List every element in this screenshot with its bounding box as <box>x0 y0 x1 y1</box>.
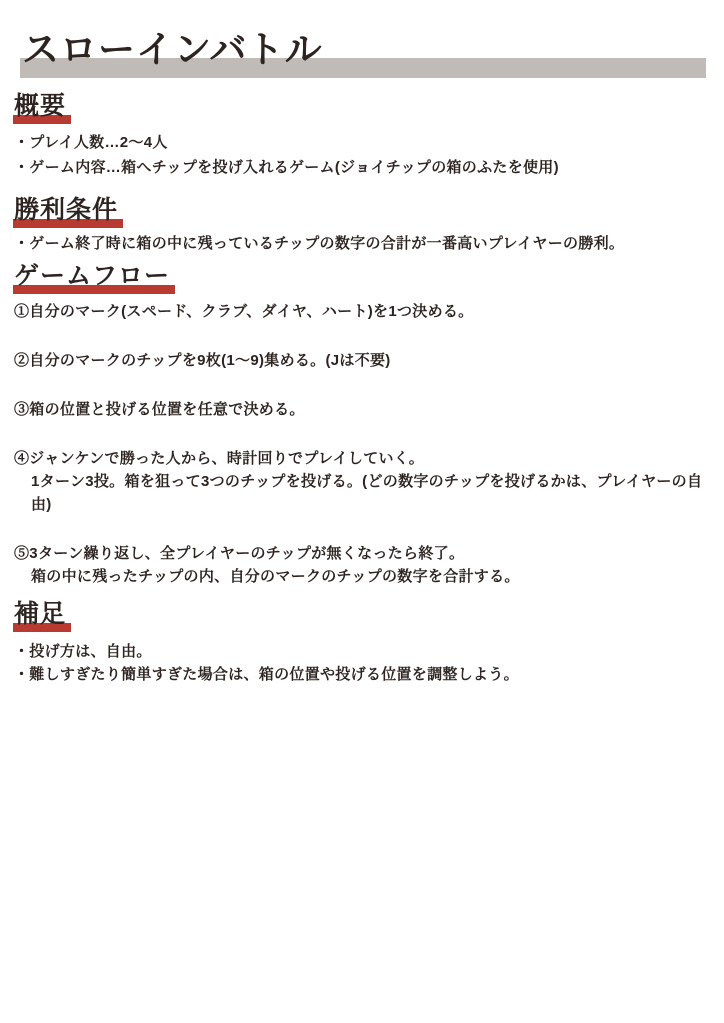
step-4-line-2: 1ターン3投。箱を狙って3つのチップを投げる。(どの数字のチップを投げるかは、プ… <box>14 470 704 516</box>
step-5-line-1: ⑤3ターン繰り返し、全プレイヤーのチップが無くなったら終了。 <box>14 542 704 565</box>
notes-heading: 補足 <box>14 600 66 628</box>
victory-bullet: ・ゲーム終了時に箱の中に残っているチップの数字の合計が一番高いプレイヤーの勝利。 <box>14 231 704 256</box>
game-flow-step-4: ④ジャンケンで勝った人から、時計回りでプレイしていく。 1ターン3投。箱を狙って… <box>14 447 704 516</box>
game-flow-step-5: ⑤3ターン繰り返し、全プレイヤーのチップが無くなったら終了。 箱の中に残ったチッ… <box>14 542 704 588</box>
notes-bullet-list: ・投げ方は、自由。 ・難しすぎたり簡単すぎた場合は、箱の位置や投げる位置を調整し… <box>14 640 704 686</box>
document-header: スローインバトル <box>22 30 704 78</box>
game-flow-step-2: ②自分のマークのチップを9枚(1～9)集める。(Jは不要) <box>14 349 704 372</box>
section-overview: 概要 ・プレイ人数…2～4人 ・ゲーム内容…箱へチップを投げ入れるゲーム(ジョイ… <box>14 92 704 180</box>
step-2-line: ②自分のマークのチップを9枚(1～9)集める。(Jは不要) <box>14 349 704 372</box>
game-flow-step-1: ①自分のマーク(スペード、クラブ、ダイヤ、ハート)を1つ決める。 <box>14 300 704 323</box>
overview-bullet-game-content: ・ゲーム内容…箱へチップを投げ入れるゲーム(ジョイチップの箱のふたを使用) <box>14 155 704 180</box>
game-flow-step-3: ③箱の位置と投げる位置を任意で決める。 <box>14 398 704 421</box>
rules-document-page: スローインバトル 概要 ・プレイ人数…2～4人 ・ゲーム内容…箱へチップを投げ入… <box>0 30 724 686</box>
game-flow-heading: ゲームフロー <box>14 262 170 290</box>
overview-bullet-players: ・プレイ人数…2～4人 <box>14 130 704 155</box>
section-game-flow: ゲームフロー ①自分のマーク(スペード、クラブ、ダイヤ、ハート)を1つ決める。 … <box>14 262 704 588</box>
victory-heading: 勝利条件 <box>14 196 118 224</box>
step-5-line-2: 箱の中に残ったチップの内、自分のマークのチップの数字を合計する。 <box>14 565 704 588</box>
overview-heading: 概要 <box>14 92 66 120</box>
page-title: スローインバトル <box>22 30 704 70</box>
victory-bullet-list: ・ゲーム終了時に箱の中に残っているチップの数字の合計が一番高いプレイヤーの勝利。 <box>14 231 704 256</box>
section-notes: 補足 ・投げ方は、自由。 ・難しすぎたり簡単すぎた場合は、箱の位置や投げる位置を… <box>14 600 704 686</box>
notes-bullet-difficulty: ・難しすぎたり簡単すぎた場合は、箱の位置や投げる位置を調整しよう。 <box>14 663 704 686</box>
step-1-line: ①自分のマーク(スペード、クラブ、ダイヤ、ハート)を1つ決める。 <box>14 300 704 323</box>
game-flow-step-list: ①自分のマーク(スペード、クラブ、ダイヤ、ハート)を1つ決める。 ②自分のマーク… <box>14 300 704 588</box>
step-4-line-1: ④ジャンケンで勝った人から、時計回りでプレイしていく。 <box>14 447 704 470</box>
overview-bullet-list: ・プレイ人数…2～4人 ・ゲーム内容…箱へチップを投げ入れるゲーム(ジョイチップ… <box>14 130 704 180</box>
notes-bullet-throw-style: ・投げ方は、自由。 <box>14 640 704 663</box>
section-victory-conditions: 勝利条件 ・ゲーム終了時に箱の中に残っているチップの数字の合計が一番高いプレイヤ… <box>14 196 704 256</box>
step-3-line: ③箱の位置と投げる位置を任意で決める。 <box>14 398 704 421</box>
